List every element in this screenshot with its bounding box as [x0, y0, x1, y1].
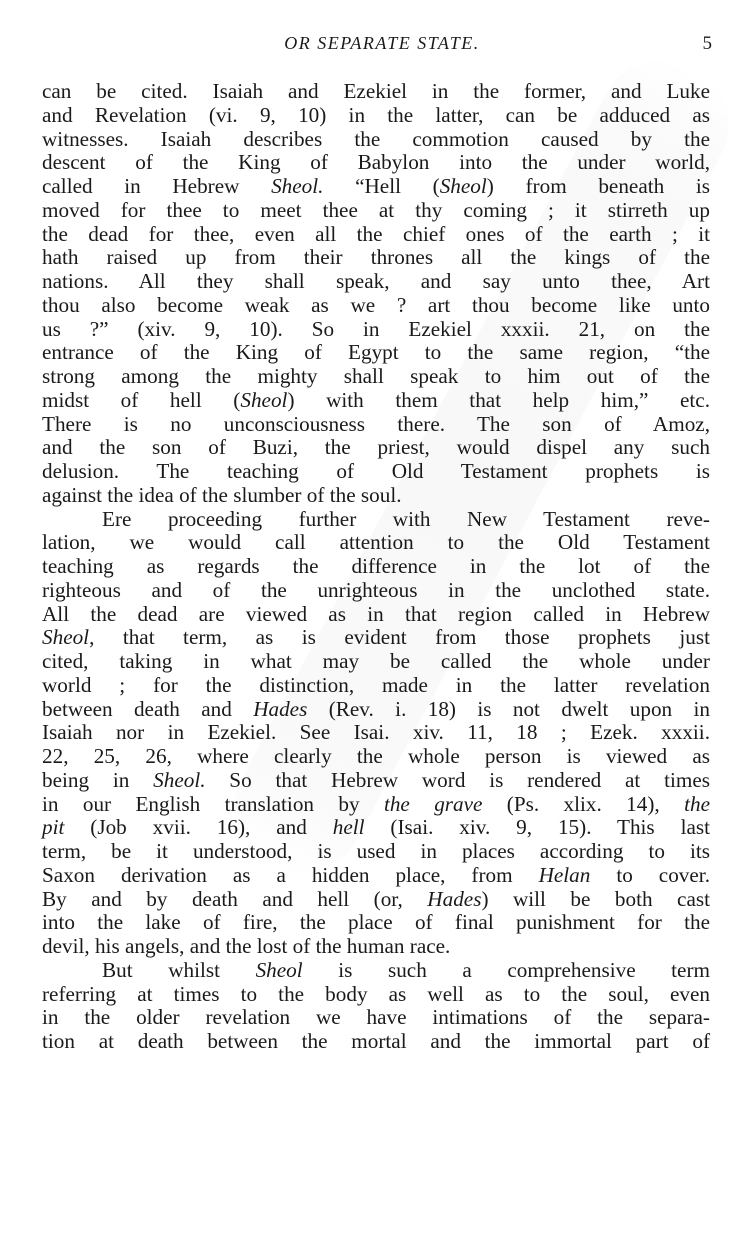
text-line: But whilst Sheol is such a comprehensive… — [42, 959, 710, 983]
italic-term: Sheol. — [153, 768, 205, 792]
italic-term: Hades — [253, 697, 307, 721]
text-segment: midst of hell ( — [42, 388, 240, 412]
text-line: cited, taking in what may be called the … — [42, 650, 710, 674]
text-segment: (Rev. i. 18) is not dwelt upon in — [307, 697, 710, 721]
italic-term: Sheol. — [271, 174, 323, 198]
text-segment: By and by death and hell (or, — [42, 887, 427, 911]
italic-term: Sheol — [256, 958, 303, 982]
text-line: and Revelation (vi. 9, 10) in the latter… — [42, 104, 710, 128]
text-segment: All the dead are viewed as in that regio… — [42, 602, 710, 626]
text-segment: the dead for thee, even all the chief on… — [42, 222, 710, 246]
text-line: entrance of the King of Egypt to the sam… — [42, 341, 710, 365]
text-segment: and Revelation (vi. 9, 10) in the latter… — [42, 103, 710, 127]
text-segment: witnesses. Isaiah describes the commotio… — [42, 127, 710, 151]
text-segment: Isaiah nor in Ezekiel. See Isai. xiv. 11… — [42, 720, 710, 744]
text-line: strong among the mighty shall speak to h… — [42, 365, 710, 389]
text-segment: and the son of Buzi, the priest, would d… — [42, 435, 710, 459]
text-segment: devil, his angels, and the lost of the h… — [42, 934, 450, 958]
running-head: OR SEPARATE STATE. 5 — [42, 33, 712, 59]
italic-term: Helan — [539, 863, 591, 887]
text-segment: descent of the King of Babylon into the … — [42, 150, 710, 174]
text-line: pit (Job xvii. 16), and hell (Isai. xiv.… — [42, 816, 710, 840]
italic-term: the grave — [384, 792, 483, 816]
body-text: can be cited. Isaiah and Ezekiel in the … — [42, 80, 710, 1054]
text-line: Isaiah nor in Ezekiel. See Isai. xiv. 11… — [42, 721, 710, 745]
text-line: in our English translation by the grave … — [42, 793, 710, 817]
running-title: OR SEPARATE STATE. — [42, 33, 712, 54]
text-segment: in our English translation by — [42, 792, 384, 816]
text-line: descent of the King of Babylon into the … — [42, 151, 710, 175]
text-segment: “Hell ( — [323, 174, 439, 198]
text-segment: lation, we would call attention to the O… — [42, 530, 710, 554]
text-segment: But whilst — [102, 958, 256, 982]
text-line: By and by death and hell (or, Hades) wil… — [42, 888, 710, 912]
text-segment: can be cited. Isaiah and Ezekiel in the … — [42, 79, 710, 103]
italic-term: hell — [333, 815, 365, 839]
text-line: righteous and of the unrighteous in the … — [42, 579, 710, 603]
text-segment: into the lake of fire, the place of fina… — [42, 910, 710, 934]
italic-term: the — [684, 792, 710, 816]
text-line: All the dead are viewed as in that regio… — [42, 603, 710, 627]
text-line: midst of hell (Sheol) with them that hel… — [42, 389, 710, 413]
text-segment: cited, taking in what may be called the … — [42, 649, 710, 673]
text-line: in the older revelation we have intimati… — [42, 1006, 710, 1030]
text-segment: hath raised up from their thrones all th… — [42, 245, 710, 269]
text-line: devil, his angels, and the lost of the h… — [42, 935, 710, 959]
text-segment: against the idea of the slumber of the s… — [42, 483, 402, 507]
italic-term: pit — [42, 815, 64, 839]
text-line: hath raised up from their thrones all th… — [42, 246, 710, 270]
text-line: term, be it understood, is used in place… — [42, 840, 710, 864]
text-line: between death and Hades (Rev. i. 18) is … — [42, 698, 710, 722]
text-segment: (Isai. xiv. 9, 15). This last — [365, 815, 710, 839]
text-line: thou also become weak as we ? art thou b… — [42, 294, 710, 318]
text-segment: is such a comprehensive term — [303, 958, 710, 982]
text-segment: ) from beneath is — [487, 174, 710, 198]
text-segment: ) will be both cast — [481, 887, 710, 911]
text-segment: There is no unconsciousness there. The s… — [42, 412, 710, 436]
text-line: 22, 25, 26, where clearly the whole pers… — [42, 745, 710, 769]
text-line: into the lake of fire, the place of fina… — [42, 911, 710, 935]
text-segment: moved for thee to meet thee at thy comin… — [42, 198, 710, 222]
text-segment: tion at death between the mortal and the… — [42, 1029, 710, 1053]
text-line: lation, we would call attention to the O… — [42, 531, 710, 555]
text-segment: in the older revelation we have intimati… — [42, 1005, 710, 1029]
text-segment: (Ps. xlix. 14), — [482, 792, 684, 816]
text-line: There is no unconsciousness there. The s… — [42, 413, 710, 437]
text-segment: Ere proceeding further with New Testamen… — [102, 507, 710, 531]
page-number: 5 — [703, 33, 713, 55]
italic-term: Sheol — [240, 388, 287, 412]
text-segment: world ; for the distinction, made in the… — [42, 673, 710, 697]
text-segment: So that Hebrew word is rendered at times — [206, 768, 710, 792]
text-segment: Saxon derivation as a hidden place, from — [42, 863, 539, 887]
text-segment: ) with them that help him,” etc. — [287, 388, 710, 412]
text-line: called in Hebrew Sheol. “Hell (Sheol) fr… — [42, 175, 710, 199]
text-segment: entrance of the King of Egypt to the sam… — [42, 340, 710, 364]
text-segment: us ?” (xiv. 9, 10). So in Ezekiel xxxii.… — [42, 317, 710, 341]
italic-term: Sheol — [440, 174, 487, 198]
text-line: being in Sheol. So that Hebrew word is r… — [42, 769, 710, 793]
text-segment: being in — [42, 768, 153, 792]
text-line: witnesses. Isaiah describes the commotio… — [42, 128, 710, 152]
text-segment: teaching as regards the difference in th… — [42, 554, 710, 578]
italic-term: Hades — [427, 887, 481, 911]
text-line: delusion. The teaching of Old Testament … — [42, 460, 710, 484]
text-segment: , that term, as is evident from those pr… — [89, 625, 710, 649]
text-line: and the son of Buzi, the priest, would d… — [42, 436, 710, 460]
text-segment: delusion. The teaching of Old Testament … — [42, 459, 710, 483]
text-segment: called in Hebrew — [42, 174, 271, 198]
text-line: tion at death between the mortal and the… — [42, 1030, 710, 1054]
italic-term: Sheol — [42, 625, 89, 649]
text-segment: strong among the mighty shall speak to h… — [42, 364, 710, 388]
text-segment: (Job xvii. 16), and — [64, 815, 332, 839]
text-segment: righteous and of the unrighteous in the … — [42, 578, 710, 602]
text-segment: 22, 25, 26, where clearly the whole pers… — [42, 744, 710, 768]
text-line: us ?” (xiv. 9, 10). So in Ezekiel xxxii.… — [42, 318, 710, 342]
text-segment: term, be it understood, is used in place… — [42, 839, 710, 863]
text-line: world ; for the distinction, made in the… — [42, 674, 710, 698]
text-segment: thou also become weak as we ? art thou b… — [42, 293, 710, 317]
text-line: moved for thee to meet thee at thy comin… — [42, 199, 710, 223]
text-line: Saxon derivation as a hidden place, from… — [42, 864, 710, 888]
text-line: teaching as regards the difference in th… — [42, 555, 710, 579]
text-line: Sheol, that term, as is evident from tho… — [42, 626, 710, 650]
text-segment: between death and — [42, 697, 253, 721]
text-segment: nations. All they shall speak, and say u… — [42, 269, 710, 293]
text-line: Ere proceeding further with New Testamen… — [42, 508, 710, 532]
text-line: the dead for thee, even all the chief on… — [42, 223, 710, 247]
text-line: referring at times to the body as well a… — [42, 983, 710, 1007]
text-segment: to cover. — [590, 863, 710, 887]
text-line: against the idea of the slumber of the s… — [42, 484, 710, 508]
text-segment: referring at times to the body as well a… — [42, 982, 710, 1006]
text-line: can be cited. Isaiah and Ezekiel in the … — [42, 80, 710, 104]
text-line: nations. All they shall speak, and say u… — [42, 270, 710, 294]
